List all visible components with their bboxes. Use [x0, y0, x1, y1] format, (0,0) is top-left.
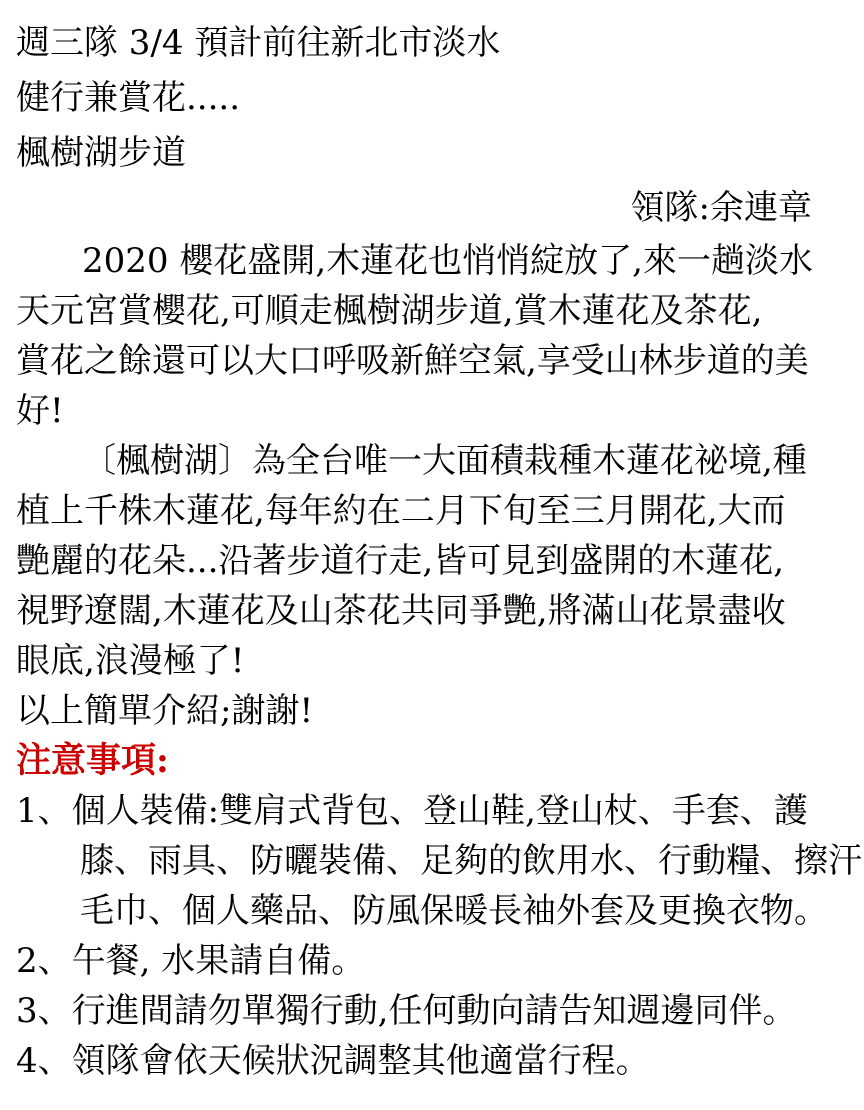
note-item-line: 2、午餐, 水果請自備。 [16, 936, 824, 986]
closing-line: 以上簡單介紹;謝謝! [16, 686, 824, 736]
intro-line: 好! [16, 386, 824, 436]
intro-paragraph: 2020 櫻花盛開,木蓮花也悄悄綻放了,來一趟淡水 天元宮賞櫻花,可順走楓樹湖步… [16, 236, 824, 436]
description-paragraph: 〔楓樹湖〕為全台唯一大面積栽種木蓮花祕境,種 植上千株木蓮花,每年約在二月下旬至… [16, 436, 824, 686]
note-item-line: 毛巾、個人藥品、防風保暖長袖外套及更換衣物。 [16, 886, 824, 936]
note-item-line: 1、個人裝備:雙肩式背包、登山鞋,登山杖、手套、護 [16, 786, 824, 836]
note-item-line: 3、行進間請勿單獨行動,任何動向請告知週邊同伴。 [16, 986, 824, 1036]
description-line: 眼底,浪漫極了! [16, 636, 824, 686]
description-line: 植上千株木蓮花,每年約在二月下旬至三月開花,大而 [16, 486, 824, 536]
intro-line: 2020 櫻花盛開,木蓮花也悄悄綻放了,來一趟淡水 [16, 236, 824, 286]
notes-list: 1、個人裝備:雙肩式背包、登山鞋,登山杖、手套、護 膝、雨具、防曬裝備、足夠的飲… [16, 786, 824, 1086]
intro-line: 賞花之餘還可以大口呼吸新鮮空氣,享受山林步道的美 [16, 336, 824, 386]
trip-title-line-3: 楓樹湖步道 [16, 126, 824, 181]
leader-line: 領隊:余連章 [16, 181, 824, 236]
note-item-1: 1、個人裝備:雙肩式背包、登山鞋,登山杖、手套、護 膝、雨具、防曬裝備、足夠的飲… [16, 786, 824, 936]
note-item-line: 膝、雨具、防曬裝備、足夠的飲用水、行動糧、擦汗 [16, 836, 824, 886]
document-page: 週三隊 3/4 預計前往新北市淡水 健行兼賞花..... 楓樹湖步道 領隊:余連… [0, 0, 864, 1110]
note-item-line: 4、領隊會依天候狀況調整其他適當行程。 [16, 1036, 824, 1086]
description-line: 〔楓樹湖〕為全台唯一大面積栽種木蓮花祕境,種 [16, 436, 824, 486]
trip-title-line-1: 週三隊 3/4 預計前往新北市淡水 [16, 16, 824, 71]
note-item-3: 3、行進間請勿單獨行動,任何動向請告知週邊同伴。 [16, 986, 824, 1036]
notes-heading: 注意事項: [16, 736, 824, 786]
trip-title-line-2: 健行兼賞花..... [16, 71, 824, 126]
intro-line: 天元宮賞櫻花,可順走楓樹湖步道,賞木蓮花及茶花, [16, 286, 824, 336]
note-item-4: 4、領隊會依天候狀況調整其他適當行程。 [16, 1036, 824, 1086]
description-line: 視野遼闊,木蓮花及山茶花共同爭艷,將滿山花景盡收 [16, 586, 824, 636]
note-item-2: 2、午餐, 水果請自備。 [16, 936, 824, 986]
description-line: 艷麗的花朵...沿著步道行走,皆可見到盛開的木蓮花, [16, 536, 824, 586]
